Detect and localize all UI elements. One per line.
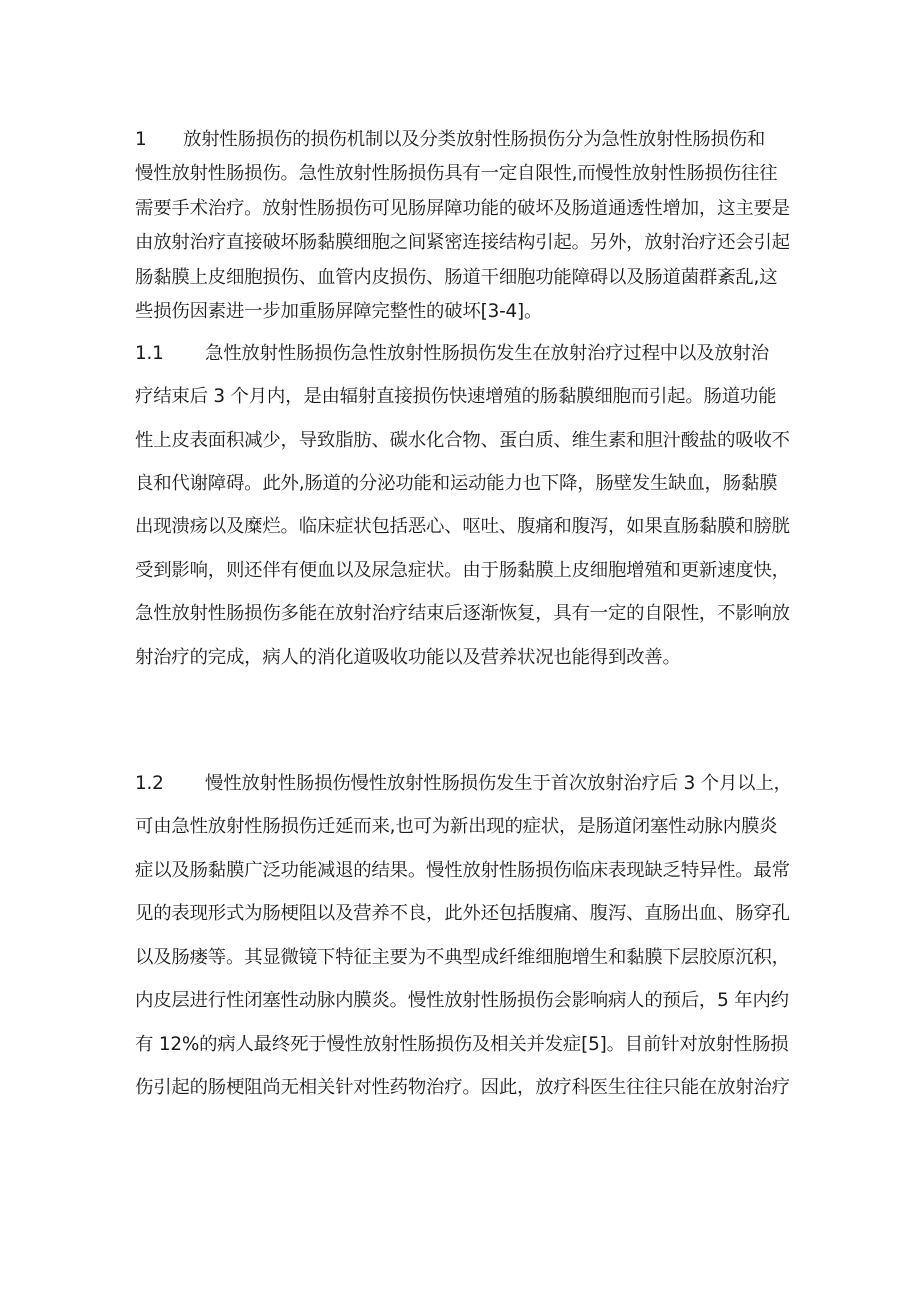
paragraph-line: 急性放射性肠损伤多能在放射治疗结束后逐渐恢复，具有一定的自限性，不影响放 [135, 602, 807, 626]
section-1-heading-line: 1放射性肠损伤的损伤机制以及分类放射性肠损伤分为急性放射性肠损伤和 [135, 128, 807, 152]
section-number: 1.1 [135, 342, 205, 366]
text-line: 放射性肠损伤的损伤机制以及分类放射性肠损伤分为急性放射性肠损伤和 [183, 129, 765, 150]
paragraph-line: 内皮层进行性闭塞性动脉内膜炎。慢性放射性肠损伤会影响病人的预后，5 年内约 [135, 989, 807, 1013]
document-page: 1放射性肠损伤的损伤机制以及分类放射性肠损伤分为急性放射性肠损伤和 慢性放射性肠… [0, 0, 920, 1301]
paragraph-line: 肠黏膜上皮细胞损伤、血管内皮损伤、肠道干细胞功能障碍以及肠道菌群紊乱,这 [135, 266, 807, 290]
paragraph-line: 见的表现形式为肠梗阻以及营养不良，此外还包括腹痛、腹泻、直肠出血、肠穿孔 [135, 902, 807, 926]
paragraph-line: 伤引起的肠梗阻尚无相关针对性药物治疗。因此，放疗科医生往往只能在放射治疗 [135, 1076, 807, 1100]
paragraph-line: 慢性放射性肠损伤。急性放射性肠损伤具有一定自限性,而慢性放射性肠损伤往往 [135, 162, 807, 186]
paragraph-line: 以及肠瘘等。其显微镜下特征主要为不典型成纤维细胞增生和黏膜下层胶原沉积， [135, 946, 807, 970]
paragraph-line: 需要手术治疗。放射性肠损伤可见肠屏障功能的破坏及肠道通透性增加，这主要是 [135, 197, 807, 221]
paragraph-line: 出现溃疡以及糜烂。临床症状包括恶心、呕吐、腹痛和腹泻，如果直肠黏膜和膀胱 [135, 515, 807, 539]
paragraph-line: 良和代谢障碍。此外,肠道的分泌功能和运动能力也下降，肠壁发生缺血，肠黏膜 [135, 472, 807, 496]
section-1-1-heading-line: 1.1急性放射性肠损伤急性放射性肠损伤发生在放射治疗过程中以及放射治 [135, 342, 807, 366]
section-number: 1 [135, 128, 183, 152]
paragraph-line: 受到影响，则还伴有便血以及尿急症状。由于肠黏膜上皮细胞增殖和更新速度快， [135, 559, 807, 583]
paragraph-line: 症以及肠黏膜广泛功能减退的结果。慢性放射性肠损伤临床表现缺乏特异性。最常 [135, 859, 807, 883]
paragraph-line: 疗结束后 3 个月内，是由辐射直接损伤快速增殖的肠黏膜细胞而引起。肠道功能 [135, 385, 807, 409]
paragraph-line: 射治疗的完成，病人的消化道吸收功能以及营养状况也能得到改善。 [135, 646, 807, 670]
paragraph-line: 性上皮表面积减少，导致脂肪、碳水化合物、蛋白质、维生素和胆汁酸盐的吸收不 [135, 429, 807, 453]
text-line: 慢性放射性肠损伤慢性放射性肠损伤发生于首次放射治疗后 3 个月以上， [205, 773, 792, 794]
paragraph-line: 些损伤因素进一步加重肠屏障完整性的破坏[3-4]。 [135, 300, 807, 324]
section-number: 1.2 [135, 772, 205, 796]
paragraph-line: 可由急性放射性肠损伤迁延而来,也可为新出现的症状，是肠道闭塞性动脉内膜炎 [135, 815, 807, 839]
paragraph-line: 由放射治疗直接破坏肠黏膜细胞之间紧密连接结构引起。另外，放射治疗还会引起 [135, 231, 807, 255]
text-line: 急性放射性肠损伤急性放射性肠损伤发生在放射治疗过程中以及放射治 [205, 343, 769, 364]
paragraph-line: 有 12%的病人最终死于慢性放射性肠损伤及相关并发症[5]。目前针对放射性肠损 [135, 1033, 807, 1057]
section-1-2-heading-line: 1.2慢性放射性肠损伤慢性放射性肠损伤发生于首次放射治疗后 3 个月以上， [135, 772, 807, 796]
